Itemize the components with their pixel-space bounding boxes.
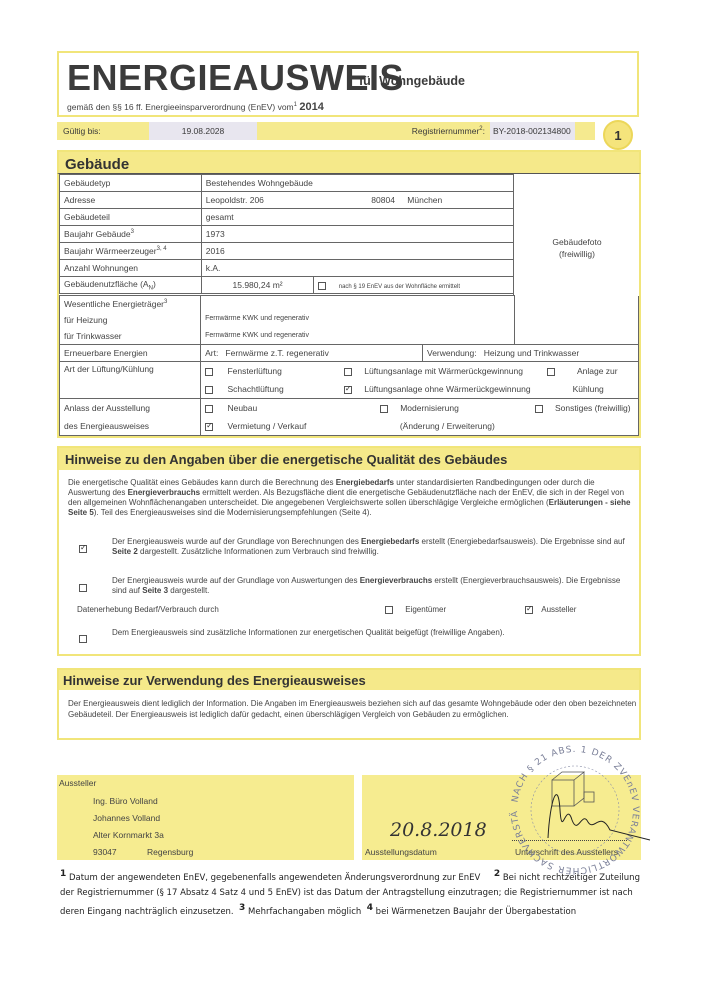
address-value: Leopoldstr. 206 80804 München <box>201 192 513 209</box>
heat-generator-year-value: 2016 <box>201 243 513 260</box>
renewables-use-value: Heizung und Trinkwasser <box>484 348 579 358</box>
registration-label: Registriernummer2: <box>340 126 485 136</box>
footnote-4: bei Wärmenetzen Baujahr der Übergabestat… <box>376 907 576 917</box>
row-label: Gebäudetyp <box>60 175 202 192</box>
issuer-checkbox[interactable] <box>525 606 533 614</box>
issuer-box: Aussteller Ing. Büro Volland Johannes Vo… <box>57 775 354 860</box>
consumption-certificate-text: Der Energieausweis wurde auf der Grundla… <box>112 576 637 596</box>
heating-label: für Heizung <box>60 312 201 328</box>
quality-notes-title: Hinweise zu den Angaben über die energet… <box>59 448 639 470</box>
table-row: Baujahr Wärmeerzeuger3, 4 2016 <box>60 243 514 260</box>
new-build-checkbox[interactable] <box>205 405 213 413</box>
floor-area-value: 15.980,24 m² <box>201 277 314 294</box>
consumption-certificate-checkbox[interactable] <box>79 584 87 592</box>
water-carrier-value: Fernwärme KWK und regenerativ <box>205 327 510 344</box>
street: Leopoldstr. 206 <box>206 195 264 205</box>
signature-line <box>512 840 627 841</box>
signature-label: Unterschrift des Ausstellers <box>515 847 618 857</box>
table-row: Anzahl Wohnungen k.A. <box>60 260 514 277</box>
table-row: Anlass der Ausstellung Neubau Modernisie… <box>60 399 639 418</box>
renewables-label: Erneuerbare Energien <box>60 345 201 362</box>
photo-label: Gebäudefoto <box>514 236 640 248</box>
table-row: Gebäudeteil gesamt <box>60 209 514 226</box>
heating-carrier-value: Fernwärme KWK und regenerativ <box>205 310 510 327</box>
table-row: Wesentliche Energieträger3 Fernwärme KWK… <box>60 296 639 313</box>
row-label: Baujahr Wärmeerzeuger3, 4 <box>60 243 202 260</box>
law-reference: gemäß den §§ 16 ff. Energieeinsparverord… <box>67 101 324 113</box>
issuer-heading: Aussteller <box>59 778 96 788</box>
area-method-label: nach § 19 EnEV aus der Wohnfläche ermitt… <box>339 284 460 290</box>
shaft-ventilation-checkbox[interactable] <box>205 386 213 394</box>
demand-certificate-checkbox[interactable] <box>79 545 87 553</box>
usage-notes-text: Der Energieausweis dient lediglich der I… <box>68 698 638 720</box>
footnotes: 1 Datum der angewendeten EnEV, gegebenen… <box>60 867 645 920</box>
ventilation-heat-recovery-checkbox[interactable] <box>344 368 352 376</box>
table-row: Adresse Leopoldstr. 206 80804 München <box>60 192 514 209</box>
issue-date-label: Ausstellungsdatum <box>365 847 437 857</box>
owner-label: Eigentümer <box>405 605 446 614</box>
photo-optional-label: (freiwillig) <box>514 248 640 260</box>
table-row: Erneuerbare Energien Art: Fernwärme z.T.… <box>60 345 639 362</box>
footnote-1: Datum der angewendeten EnEV, gegebenenfa… <box>69 873 480 883</box>
data-collection-label: Datenerhebung Bedarf/Verbrauch durch <box>77 605 219 615</box>
energy-carrier-label: Wesentliche Energieträger3 <box>60 296 201 313</box>
usage-notes-section: Hinweise zur Verwendung des Energieauswe… <box>57 668 641 740</box>
quality-notes-section: Hinweise zu den Angaben über die energet… <box>57 446 641 656</box>
handwritten-issue-date: 20.8.2018 <box>390 819 487 841</box>
city: München <box>407 195 442 205</box>
postal-code: 80804 <box>371 195 395 205</box>
issuer-label: Aussteller <box>541 605 576 614</box>
table-row: Baujahr Gebäude3 1973 <box>60 226 514 243</box>
renewables-use: Verwendung: Heizung und Trinkwasser <box>423 345 639 362</box>
validity-row: Gültig bis: 19.08.2028 Registriernummer2… <box>57 122 595 140</box>
issuer-city: Regensburg <box>147 847 193 857</box>
window-ventilation-checkbox[interactable] <box>205 368 213 376</box>
footnote-3: Mehrfachangaben möglich <box>248 907 361 917</box>
law-footnote-ref: 1 <box>294 102 297 108</box>
document-subtitle: für Wohngebäude <box>359 74 465 88</box>
building-systems-table: Wesentliche Energieträger3 Fernwärme KWK… <box>59 295 639 436</box>
document-title: ENERGIEAUSWEIS <box>67 57 404 99</box>
rental-sale-checkbox[interactable] <box>205 423 213 431</box>
row-label: Baujahr Gebäude3 <box>60 226 202 243</box>
ventilation-no-heat-recovery-checkbox[interactable] <box>344 386 352 394</box>
modernization-checkbox[interactable] <box>380 405 388 413</box>
row-label: Adresse <box>60 192 202 209</box>
area-method-checkbox[interactable] <box>318 282 326 290</box>
building-part-value: gesamt <box>201 209 513 226</box>
law-text: gemäß den §§ 16 ff. Energieeinsparverord… <box>67 102 294 112</box>
registration-number: BY-2018-002134800 <box>490 122 575 140</box>
additional-info-checkbox[interactable] <box>79 635 87 643</box>
building-data-table: Gebäudetyp Bestehendes Wohngebäude Adres… <box>59 174 514 294</box>
construction-year-value: 1973 <box>201 226 513 243</box>
registration-footnote-ref: 2 <box>479 126 482 132</box>
issuer-street: Alter Kornmarkt 3a <box>93 830 164 840</box>
issuer-name: Johannes Volland <box>93 813 160 823</box>
valid-until-value: 19.08.2028 <box>149 122 257 140</box>
water-label: für Trinkwasser <box>60 328 201 345</box>
issuer-postal: 93047 <box>93 847 117 857</box>
owner-checkbox[interactable] <box>385 606 393 614</box>
table-row: Gebäudenutzfläche (AN) 15.980,24 m² nach… <box>60 277 514 294</box>
cooling-system-checkbox[interactable] <box>547 368 555 376</box>
usage-notes-title: Hinweise zur Verwendung des Energieauswe… <box>59 670 639 690</box>
additional-info-text: Dem Energieausweis sind zusätzliche Info… <box>112 628 505 638</box>
occasion-label-2: des Energieausweises <box>60 417 201 436</box>
demand-certificate-text: Der Energieausweis wurde auf der Grundla… <box>112 537 632 557</box>
title-box: ENERGIEAUSWEIS für Wohngebäude gemäß den… <box>57 51 639 117</box>
valid-until-label: Gültig bis: <box>63 126 101 136</box>
page-number-badge: 1 <box>603 120 633 150</box>
building-type-value: Bestehendes Wohngebäude <box>201 175 513 192</box>
renewables-type: Art: Fernwärme z.T. regenerativ <box>201 345 423 362</box>
registration-label-text: Registriernummer <box>412 126 480 136</box>
row-label: Anzahl Wohnungen <box>60 260 202 277</box>
renewables-type-value: Fernwärme z.T. regenerativ <box>225 348 328 358</box>
law-year: 2014 <box>299 101 323 113</box>
area-method-cell: nach § 19 EnEV aus der Wohnfläche ermitt… <box>314 277 514 294</box>
ventilation-label: Art der Lüftung/Kühlung <box>60 362 201 399</box>
building-section-title: Gebäude <box>57 150 641 174</box>
building-photo-placeholder: Gebäudefoto (freiwillig) <box>513 174 640 295</box>
issuer-company: Ing. Büro Volland <box>93 796 158 806</box>
issue-date-signature-box: 20.8.2018 Ausstellungsdatum Unterschrift… <box>362 775 641 860</box>
table-row: Art der Lüftung/Kühlung Fensterlüftung L… <box>60 362 639 381</box>
occasion-label: Anlass der Ausstellung <box>60 399 201 418</box>
row-label: Gebäudenutzfläche (AN) <box>60 277 202 294</box>
apartments-value: k.A. <box>201 260 513 277</box>
row-label: Gebäudeteil <box>60 209 202 226</box>
energy-carrier-values: Fernwärme KWK und regenerativ Fernwärme … <box>201 296 515 345</box>
quality-notes-intro: Die energetische Qualität eines Gebäudes… <box>68 478 633 518</box>
other-occasion-checkbox[interactable] <box>535 405 543 413</box>
table-row: Gebäudetyp Bestehendes Wohngebäude <box>60 175 514 192</box>
